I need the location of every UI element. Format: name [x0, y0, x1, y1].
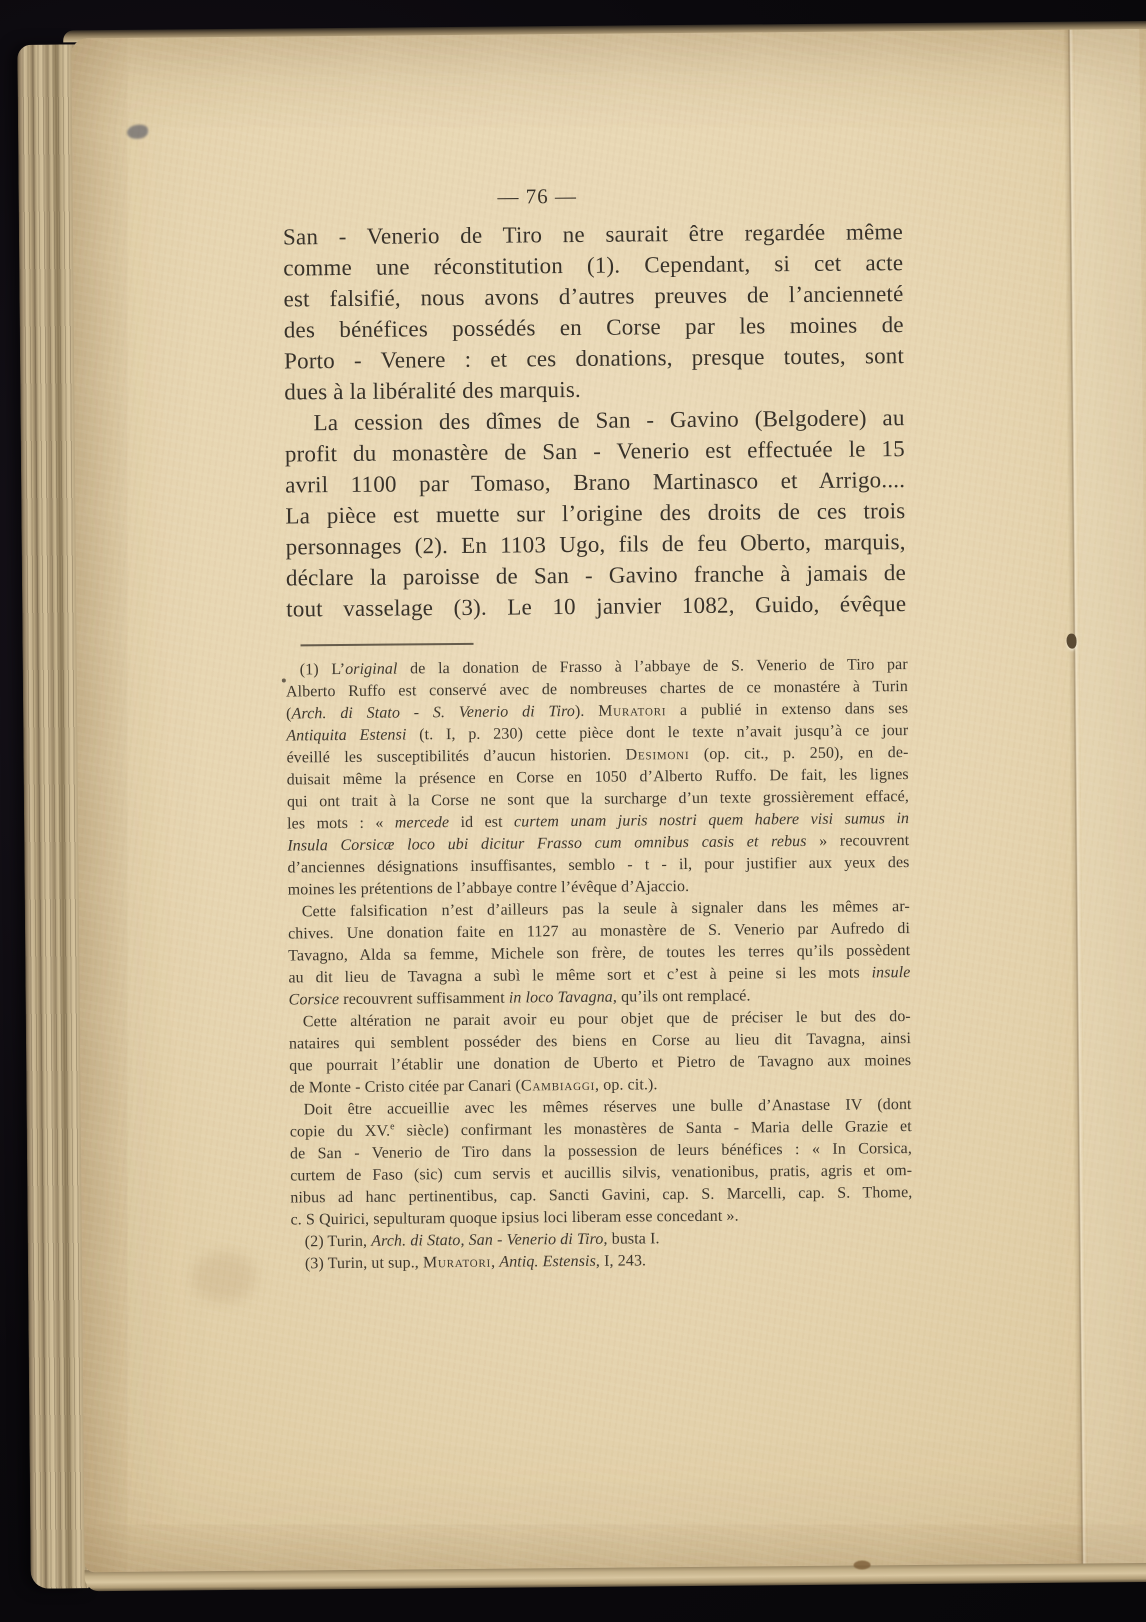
text-segment: curtem de Faso (sic) cum servis et aucil…: [290, 1162, 912, 1184]
text-segment: Insula Corsicæ loco ubi dicitur Frasso c…: [287, 833, 806, 855]
text-segment: id est: [449, 814, 514, 832]
text-segment: (3) Turin, ut sup.,: [305, 1254, 423, 1272]
text-segment: mercede: [395, 814, 449, 831]
text-segment: profit du monastère de San - Venerio est…: [285, 436, 905, 466]
text-segment: in loco Tavagna: [509, 989, 613, 1007]
text-segment: Porto - Venere : et ces donations, presq…: [284, 343, 904, 373]
text-segment: dues à la libéralité des marquis.: [284, 377, 581, 405]
text-segment: tout vasselage (3). Le 10 janvier 1082, …: [286, 591, 906, 621]
text-segment: de Monte - Cristo citée par Canari (: [289, 1077, 521, 1096]
text-segment: La cession des dîmes de San - Gavino (Be…: [313, 405, 904, 435]
text-segment: Alberto Ruffo est conservé avec de nombr…: [286, 678, 908, 700]
text-segment: Desimoni: [626, 746, 690, 764]
footnotes: (1) L’original de la donation de Frasso …: [286, 654, 913, 1275]
text-segment: San - Venerio de Tiro ne saurait être re…: [283, 219, 903, 249]
text-segment: Tavagno, Alda sa femme, Michele son frèr…: [288, 942, 910, 964]
text-segment: Antiquita Estensi: [286, 726, 406, 744]
text-segment: Doit être accueillie avec les mêmes rése…: [304, 1096, 912, 1118]
main-text: San - Venerio de Tiro ne saurait être re…: [283, 216, 906, 624]
text-segment: qui ont trait à la Corse ne sont que la …: [287, 788, 909, 810]
text-segment: que pourrait l’établir une donation de U…: [289, 1052, 911, 1074]
text-segment: moines les prétentions de l’abbaye contr…: [288, 878, 690, 899]
text-segment: est falsifié, nous avons d’autres preuve…: [283, 281, 903, 311]
text-segment: d’anciennes désignations insuffisantes, …: [287, 854, 909, 876]
text-segment: (1) L’: [300, 661, 346, 678]
text-segment: ).: [575, 703, 598, 720]
text-line: Porto - Venere : et ces donations, presq…: [284, 340, 904, 376]
text-segment: avril 1100 par Tomaso, Brano Martinasco …: [285, 467, 905, 497]
paper-stain: [192, 1251, 256, 1304]
text-segment: » recouvrent: [806, 832, 909, 850]
text-segment: original: [345, 661, 398, 678]
text-segment: déclare la paroisse de San - Gavino fran…: [286, 560, 906, 590]
text-segment: Arch. di Stato, San - Venerio di Tiro: [371, 1231, 603, 1250]
text-segment: chives. Une donation faite en 1127 au mo…: [288, 920, 910, 942]
text-segment: curtem unam juris nostri quem habere vis…: [514, 810, 909, 830]
text-segment: de la donation de Frasso à l’abbaye de S…: [397, 656, 907, 677]
text-segment: a publié in extenso dans ses: [666, 700, 908, 719]
text-segment: insule: [872, 964, 911, 981]
text-segment: (2) Turin,: [305, 1233, 372, 1251]
text-segment: copie du XV.: [290, 1123, 391, 1141]
text-segment: (op. cit., p. 250), en de-: [689, 744, 908, 763]
text-segment: Muratori: [598, 702, 666, 720]
text-segment: Cette falsification n’est d’ailleurs pas…: [302, 898, 910, 920]
text-segment: de San - Venerio de Tiro dans la possess…: [290, 1140, 912, 1162]
text-segment: Cambiaggi: [521, 1077, 595, 1095]
text-segment: au dit lieu de Tavagna a subì le même so…: [288, 964, 871, 986]
text-segment: , op. cit.).: [595, 1076, 658, 1094]
text-segment: (t. I, p. 230) cette pièce dont le texte…: [406, 722, 908, 743]
text-segment: Arch. di Stato - S. Venerio di Tiro: [292, 703, 575, 722]
text-segment: nataires qui semblent posséder des biens…: [289, 1030, 911, 1052]
text-segment: Muratori: [423, 1254, 491, 1272]
text-segment: personnages (2). En 1103 Ugo, fils de fe…: [286, 529, 906, 559]
text-segment: Cette altération ne parait avoir eu pour…: [303, 1008, 911, 1030]
page-number: — 76 —: [435, 183, 640, 210]
text-segment: siècle) confirmant les monastères de San…: [395, 1118, 912, 1140]
text-segment: éveillé les susceptibilités d’aucun hist…: [286, 747, 625, 767]
text-segment: des bénéfices possédés en Corse par les …: [284, 312, 904, 342]
crease-highlight: [1074, 29, 1146, 1564]
text-segment: c. S Quirici, sepulturam quoque ipsius l…: [290, 1208, 738, 1229]
text-segment: recouvrent suffisamment: [339, 990, 509, 1008]
text-segment: nibus ad hanc pertinentibus, cap. Sancti…: [290, 1184, 912, 1206]
text-segment: , busta I.: [603, 1230, 659, 1247]
text-segment: , qu’ils ont remplacé.: [613, 987, 751, 1005]
crease-notch: [1066, 634, 1076, 649]
text-segment: La pièce est muette sur l’origine des dr…: [285, 498, 905, 528]
text-segment: Antiq. Estensis: [499, 1253, 596, 1271]
text-segment: comme une réconstitution (1). Cependant,…: [283, 250, 903, 280]
text-segment: Corsice: [289, 991, 340, 1008]
text-segment: duisait même la présence en Corse en 105…: [287, 766, 909, 788]
text-segment: les mots : «: [287, 815, 395, 833]
book: — 76 — San - Venerio de Tiro ne saurait …: [0, 0, 1146, 1622]
scanned-book-photo: — 76 — San - Venerio de Tiro ne saurait …: [0, 0, 1146, 1622]
text-line: tout vasselage (3). Le 10 janvier 1082, …: [286, 588, 906, 624]
text-segment: , I, 243.: [596, 1252, 646, 1269]
